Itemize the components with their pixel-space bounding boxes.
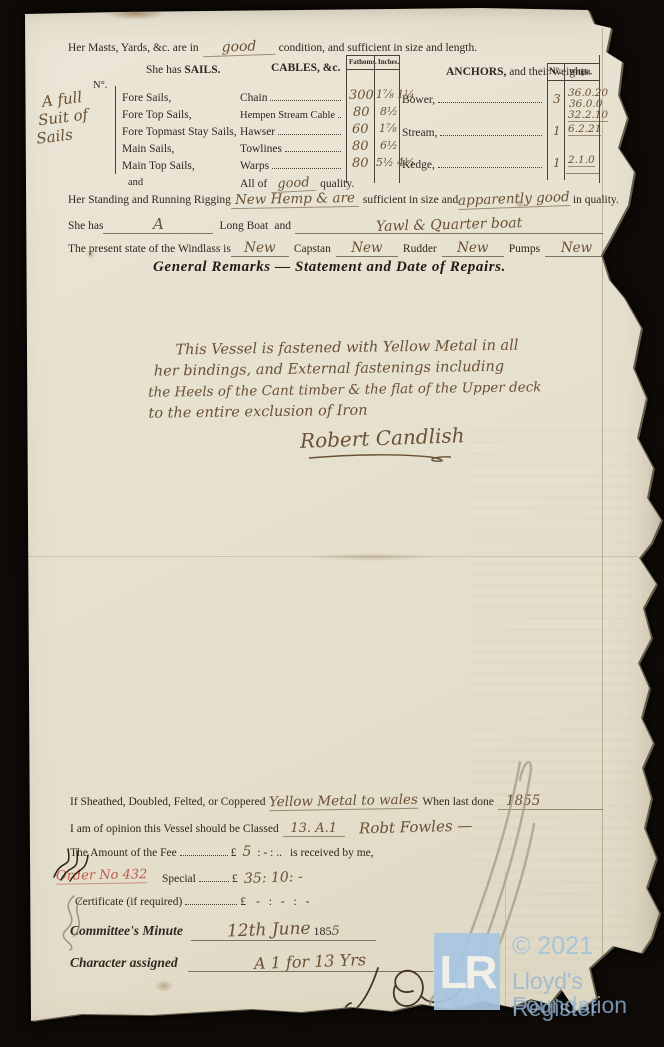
quality-pre: All of xyxy=(240,178,267,190)
cable-row: Hempen Stream Cable xyxy=(240,110,344,121)
certificate-value: - : - : - xyxy=(256,896,312,908)
table-rule xyxy=(346,55,347,183)
certificate-currency: £ xyxy=(240,896,246,908)
rigging-mid: sufficient in size and xyxy=(363,194,458,206)
watermark-org-line2: Foundation xyxy=(512,992,627,1019)
fee-line: The Amount of the Fee £ 5 : - : .. is re… xyxy=(70,844,374,860)
sail-item: Fore Topmast Stay Sails, xyxy=(122,126,237,138)
cable-label: Hawser xyxy=(240,126,275,138)
anchor-label: Stream, xyxy=(402,127,437,139)
stain xyxy=(310,553,430,561)
fathoms-value: 80 xyxy=(353,105,370,120)
table-rule xyxy=(374,55,375,183)
windlass-line: The present state of the Windlass is New… xyxy=(68,240,608,257)
stain xyxy=(155,980,173,992)
anchor-label: Bower, xyxy=(402,94,435,106)
minute-blank: 12th June 1855 xyxy=(191,920,376,941)
boats-label: She has xyxy=(68,220,103,232)
pumps-label: Pumps xyxy=(509,243,540,255)
table-rule xyxy=(547,80,600,81)
fathoms-value: 80 xyxy=(352,139,369,154)
anchor-row: Stream, xyxy=(402,127,545,139)
inches-value: 6½ xyxy=(380,139,398,152)
dotted-leader xyxy=(185,903,237,905)
no-column-label: N°. xyxy=(93,80,107,91)
cable-label: Warps xyxy=(240,160,269,172)
anchor-row: Kedge, xyxy=(402,159,545,171)
anchors-header-word: ANCHORS, xyxy=(446,66,506,78)
anchor-weight: 6.2.21 xyxy=(568,123,601,136)
table-rule xyxy=(346,55,400,56)
cable-row: Warps xyxy=(240,160,344,172)
fathoms-value: 80 xyxy=(352,156,369,171)
dotted-leader xyxy=(440,134,542,136)
cable-label: Hempen Stream Cable xyxy=(240,110,335,121)
fathoms-label: Fathoms. xyxy=(349,58,377,66)
rudder-blank: New xyxy=(442,240,504,257)
dotted-leader xyxy=(438,101,542,103)
ink-scribble xyxy=(48,841,98,883)
weight-label: Weight. xyxy=(569,68,592,76)
sails-header: She has SAILS. xyxy=(146,64,220,76)
horizontal-fold-crease xyxy=(26,556,638,557)
sail-item: Fore Sails, xyxy=(122,92,171,104)
remarks-paragraph: This Vessel is fastened with Yellow Meta… xyxy=(147,335,541,424)
anchor-no-label: N°. xyxy=(549,66,561,76)
fee-rest: : - : .. xyxy=(257,847,282,859)
anchor-label: Kedge, xyxy=(402,159,435,171)
character-assigned-label: Character assigned xyxy=(70,955,178,971)
boats-count-blank: A xyxy=(103,215,213,234)
dotted-leader xyxy=(199,880,229,882)
capstan-blank: New xyxy=(336,240,398,257)
masts-label: Her Masts, Yards, &c. are in xyxy=(68,42,199,54)
rudder-value: New xyxy=(457,240,488,256)
fee-value: 5 xyxy=(242,844,251,860)
minute-printed-year: 185 xyxy=(313,924,331,938)
special-fee-line: Special £ 35: 10: - xyxy=(162,870,302,886)
dotted-leader xyxy=(338,116,341,118)
surveyor-signature: Robert Candlish xyxy=(300,423,465,453)
special-label: Special xyxy=(162,873,196,885)
remarks-line: to the entire exclusion of Iron xyxy=(148,398,542,424)
boats-other-blank: Yawl & Quarter boat xyxy=(295,217,603,234)
cable-row: Hawser xyxy=(240,126,344,138)
rigging-line: Her Standing and Running Rigging New Hem… xyxy=(68,191,619,208)
table-rule xyxy=(566,173,600,174)
lr-logo-letters: LR xyxy=(439,945,494,999)
dotted-leader xyxy=(278,133,341,135)
boats-line: She has A Long Boat and Yawl & Quarter b… xyxy=(68,215,603,234)
boats-count-value: A xyxy=(153,215,164,233)
pencil-squiggle xyxy=(52,892,94,952)
certificate-line: Certificate (if required) £ - : - : - xyxy=(75,896,312,908)
sheathed-label: If Sheathed, Doubled, Felted, or Coppere… xyxy=(70,796,265,808)
special-value: 35: 10: - xyxy=(243,869,302,887)
dotted-leader xyxy=(180,854,228,856)
cable-row: Towlines xyxy=(240,143,344,155)
signature-flourish xyxy=(305,450,455,464)
minute-date-value: 12th June xyxy=(227,919,311,942)
margin-note-full-suit-of-sails: A full Suit of Sails xyxy=(41,88,91,147)
quality-post: quality. xyxy=(320,178,354,190)
inches-value: 8½ xyxy=(380,105,398,118)
cable-label: Chain xyxy=(240,92,267,104)
dotted-leader xyxy=(270,99,341,101)
sails-header-word: SAILS. xyxy=(184,64,220,76)
vertical-fold-crease xyxy=(602,28,603,1008)
windlass-value: New xyxy=(244,240,275,256)
boats-and-label: and xyxy=(274,220,291,232)
windlass-label: The present state of the Windlass is xyxy=(68,243,231,255)
lr-logo: LR xyxy=(434,933,500,1010)
and-word: and xyxy=(128,177,143,188)
dotted-leader xyxy=(285,150,341,152)
anchor-count: 1 xyxy=(553,156,561,170)
anchor-count: 3 xyxy=(553,92,561,106)
cable-row: Chain xyxy=(240,92,344,104)
pumps-value: New xyxy=(561,240,592,256)
inches-label: Inches. xyxy=(378,58,399,66)
windlass-blank: New xyxy=(231,240,289,257)
general-remarks-heading: General Remarks — Statement and Date of … xyxy=(153,259,506,276)
survey-form-paper: Her Masts, Yards, &c. are in good condit… xyxy=(0,0,664,1047)
committee-minute-line: Committee's Minute 12th June 1855 xyxy=(70,920,376,941)
table-rule xyxy=(115,86,116,174)
rigging-value2: apparently good xyxy=(458,189,570,210)
watermark-copyright: © 2021 xyxy=(512,932,593,961)
masts-value: good xyxy=(202,38,275,58)
minute-year-digit: 5 xyxy=(331,924,339,939)
anchor-count: 1 xyxy=(553,124,561,138)
cables-header: CABLES, &c. xyxy=(271,62,340,74)
table-rule xyxy=(564,63,565,180)
capstan-label: Capstan xyxy=(294,243,331,255)
pumps-blank: New xyxy=(545,240,608,257)
sail-item: Main Sails, xyxy=(122,143,174,155)
table-rule xyxy=(547,63,600,64)
dotted-leader xyxy=(272,167,341,169)
fee-received-label: is received by me, xyxy=(290,847,374,859)
rudder-label: Rudder xyxy=(403,243,437,255)
sails-header-pre: She has xyxy=(146,64,181,76)
fee-currency: £ xyxy=(231,847,237,859)
classed-label: I am of opinion this Vessel should be Cl… xyxy=(70,823,279,835)
table-rule xyxy=(547,63,548,180)
anchor-weight: 2.1.0 xyxy=(568,154,595,167)
special-currency: £ xyxy=(232,873,238,885)
cable-label: Towlines xyxy=(240,143,282,155)
fathoms-value: 300 xyxy=(349,88,374,103)
sail-item: Fore Top Sails, xyxy=(122,109,192,121)
stain xyxy=(104,6,166,20)
anchor-weight: 32.2.10 xyxy=(568,109,608,122)
dotted-leader xyxy=(438,166,542,168)
table-rule xyxy=(346,69,400,70)
rigging-value1: New Hemp & are xyxy=(231,190,359,209)
sail-item: Main Top Sails, xyxy=(122,160,195,172)
classed-value: 13. A.1 xyxy=(283,821,345,837)
anchor-row: Bower, xyxy=(402,94,545,106)
masts-suffix: condition, and sufficient in size and le… xyxy=(279,42,477,54)
fathoms-value: 60 xyxy=(352,122,369,137)
boats-other-value: Yawl & Quarter boat xyxy=(376,215,523,235)
rigging-label: Her Standing and Running Rigging xyxy=(68,194,231,206)
capstan-value: New xyxy=(351,240,382,256)
boats-longboat-label: Long Boat xyxy=(219,220,268,232)
sheathed-value: Yellow Metal to wales xyxy=(269,792,418,812)
rigging-post: in quality. xyxy=(573,194,619,206)
inches-value: 1⅞ xyxy=(379,122,397,135)
masts-line: Her Masts, Yards, &c. are in good condit… xyxy=(68,39,477,56)
scanned-document-page: Her Masts, Yards, &c. are in good condit… xyxy=(0,0,664,1047)
